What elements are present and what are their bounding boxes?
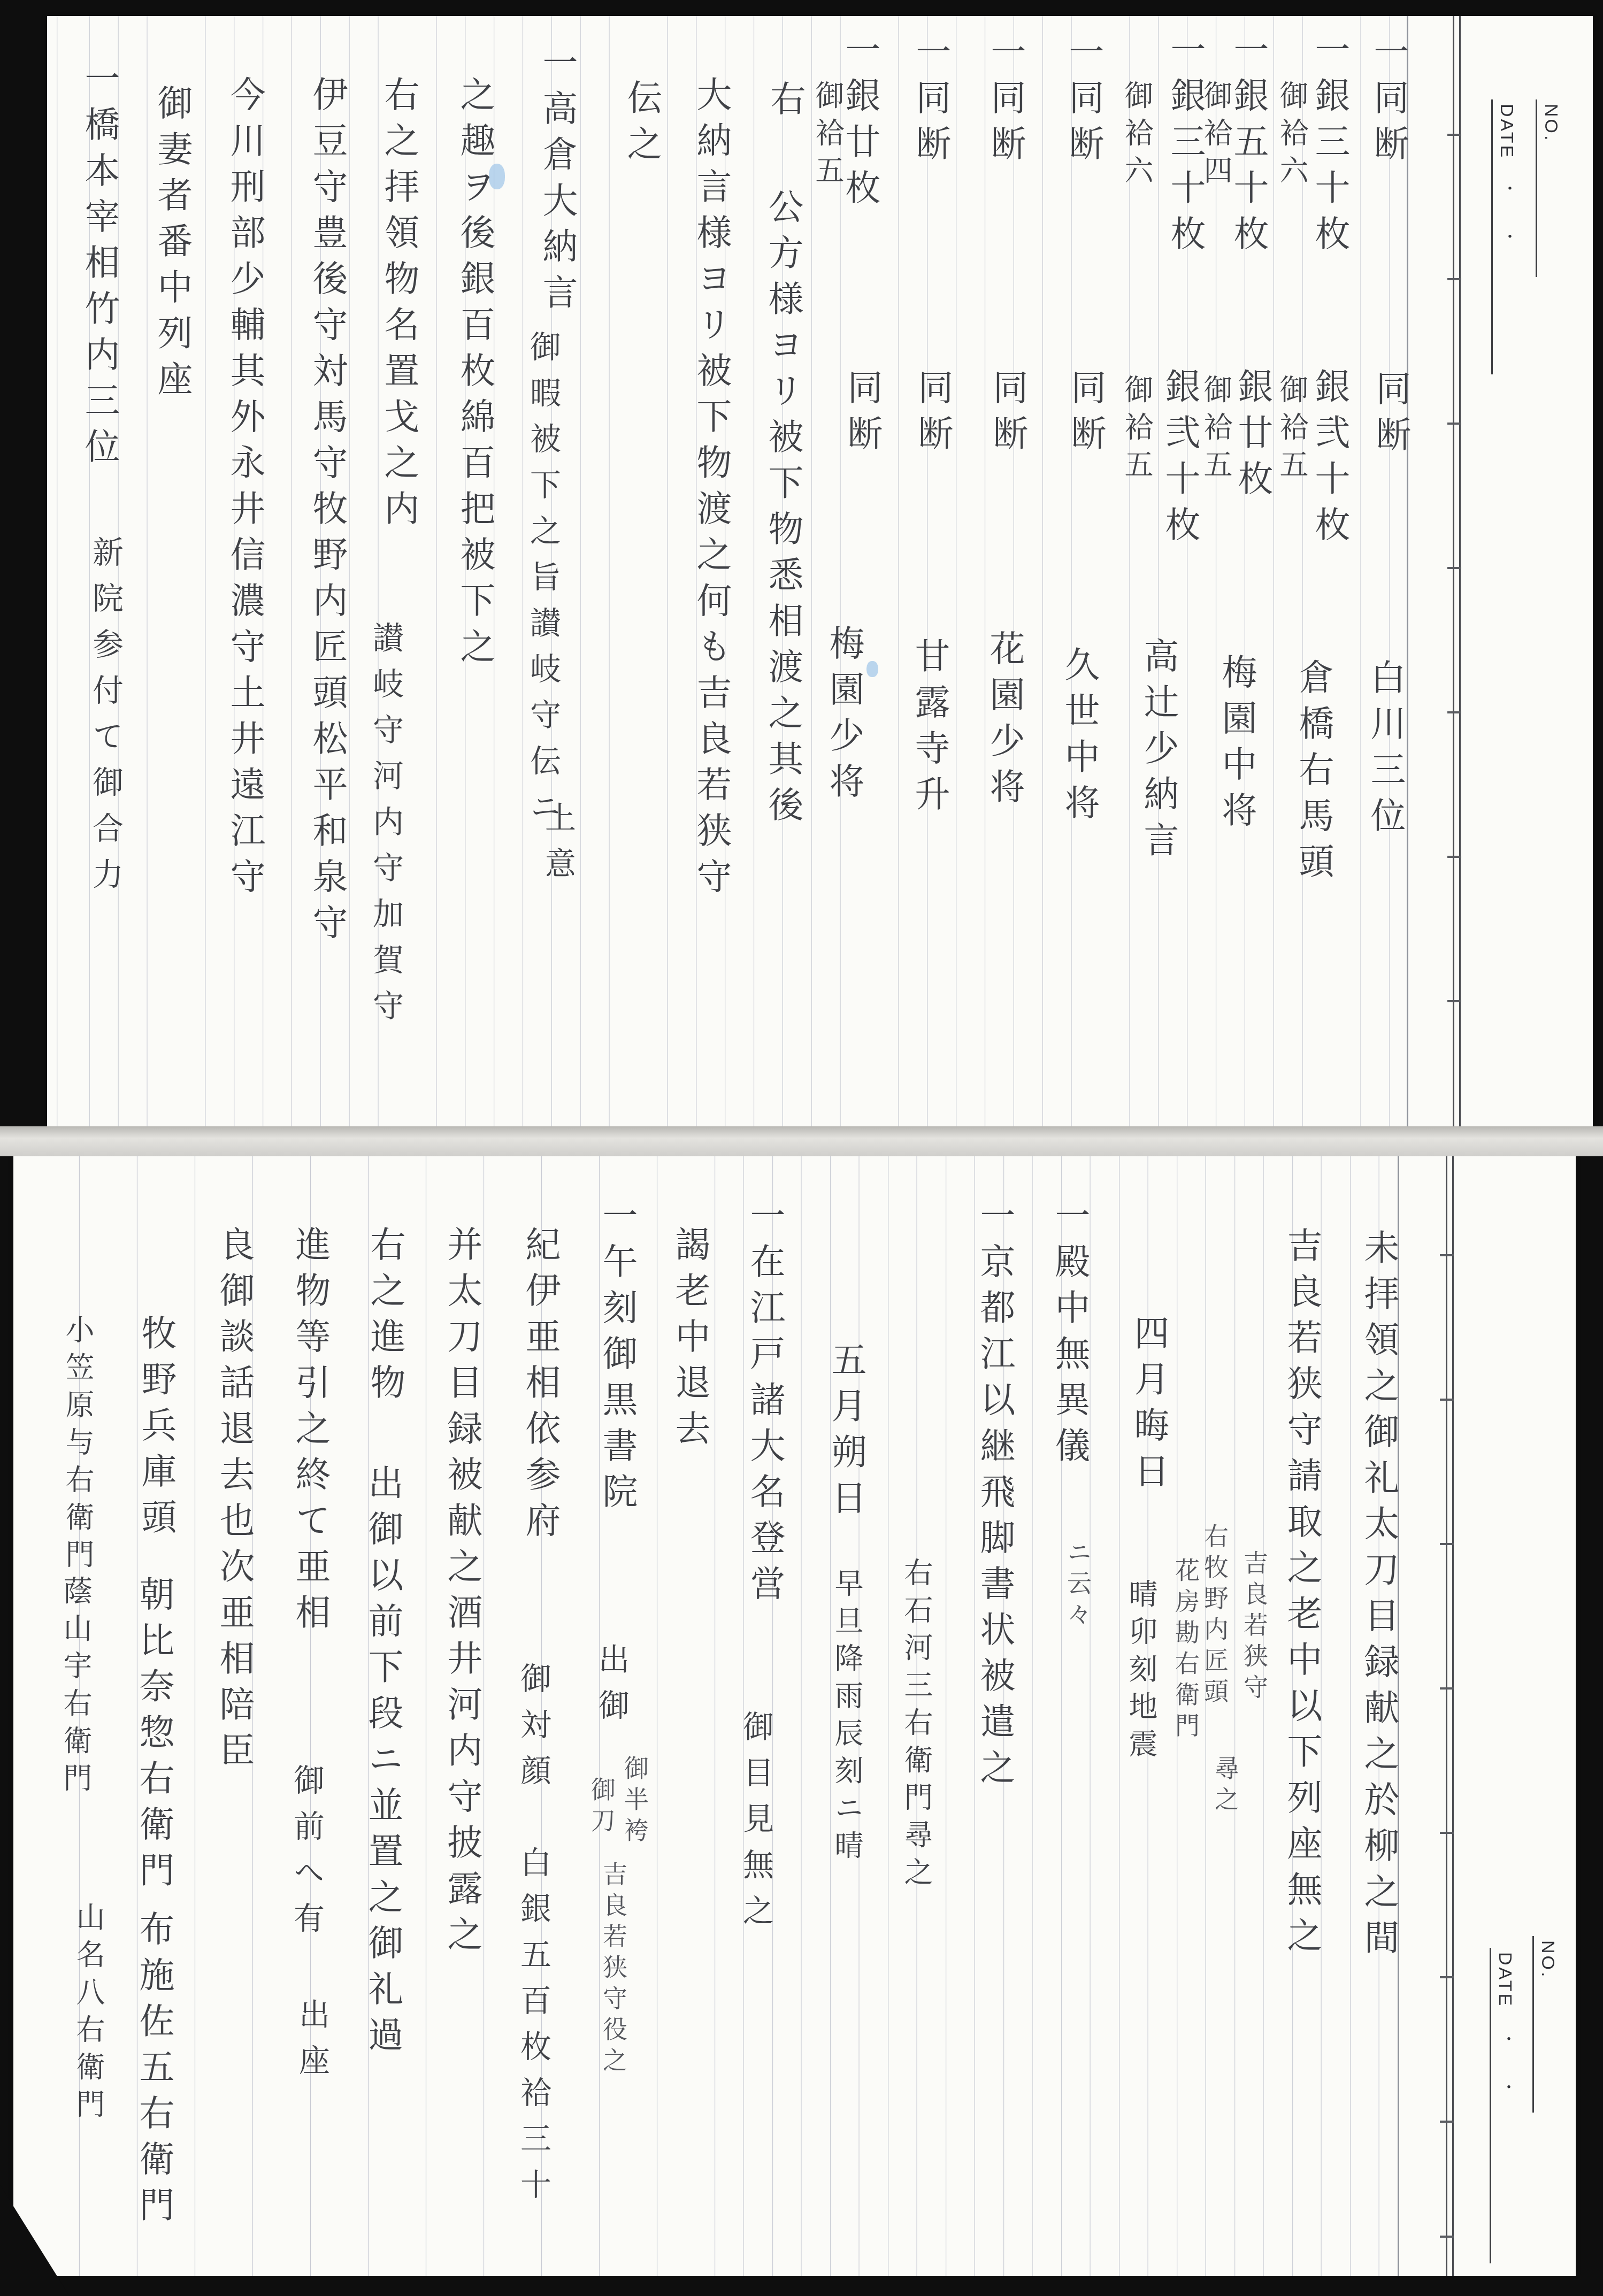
handwriting-text: 甘露寺升 [911, 638, 947, 821]
margin-tick [1447, 856, 1461, 858]
handwriting-text: 新院参付て御合力 [90, 536, 121, 904]
handwriting-text: 久世中将 [1061, 646, 1096, 830]
handwriting-text: 上意 [542, 801, 573, 893]
handwriting-text: 右之進物 [367, 1226, 402, 1410]
handwriting-text: 御半袴 [623, 1755, 647, 1848]
handwriting-text: 牧野兵庫頭 [138, 1315, 173, 1545]
handwriting-text: 御前へ有 [291, 1764, 322, 1948]
handwriting-text: 一銀三十枚 [1167, 31, 1202, 261]
margin-tick [1447, 278, 1461, 280]
handwriting-text: 右牧野内匠頭 [1202, 1523, 1227, 1709]
handwriting-text: 御袷五 [813, 80, 842, 193]
handwriting-text: 右石河三右衛門尋之 [902, 1557, 931, 1894]
handwriting-text: 大納言様ヨリ被下物渡之何も吉良若狭守 [693, 76, 728, 904]
scanned-notebook-spread: { "notebook": { "no_label": "NO.", "date… [0, 0, 1603, 2296]
handwriting-text: 銀弐十枚 [1311, 368, 1347, 552]
handwriting-text: 銀廿枚 [1234, 368, 1270, 506]
handwriting-text: 同断 [990, 369, 1025, 461]
handwriting-text: 山名八右衛門 [74, 1902, 103, 2126]
handwriting-text: 出御 [596, 1643, 627, 1735]
handwriting-text: 一午刻御黒書院 [599, 1197, 634, 1519]
handwriting-text: 紀伊亜相依参府 [522, 1226, 557, 1548]
handwriting-text: 御刀 [589, 1777, 614, 1839]
handwriting-text: 花園少将 [986, 630, 1022, 814]
handwriting-text: 一橋本宰相竹内三位 [81, 60, 117, 474]
margin-tick [1440, 2236, 1454, 2238]
handwriting-text: 四月晦日 [1131, 1315, 1166, 1499]
handwriting-text: 一在江戸諸大名登営 [747, 1197, 782, 1611]
handwriting-text: 公方様ヨリ被下物悉相渡之其後 [765, 188, 800, 832]
margin-tick [1447, 567, 1461, 569]
handwriting-text: 一同断 [1370, 33, 1406, 171]
handwriting-text: 銀弐十枚 [1162, 368, 1197, 552]
margin-tick [1440, 2121, 1454, 2123]
handwriting-text: 御袷六 [1122, 80, 1151, 193]
handwriting-text: 御対顔 [518, 1662, 549, 1800]
handwriting-text: 布施佐五右衛門 [136, 1910, 171, 2232]
margin-tick [1447, 423, 1461, 425]
handwriting-text: 吉良若狭守役之 [601, 1861, 626, 2078]
handwriting-text: 一銀廿枚 [842, 31, 877, 215]
handwriting-text: ニ云々 [1065, 1539, 1090, 1632]
margin-tick [1447, 1000, 1461, 1002]
handwriting-text: 一同断 [912, 33, 948, 171]
handwriting-text: 蔭山宇右衛門 [61, 1576, 90, 1800]
handwriting-text: 倉橋右馬頭 [1295, 659, 1331, 889]
handwriting-text: 伊豆守豊後守対馬守牧野内匠頭松平和泉守 [309, 76, 344, 950]
handwriting-text: 御暇被下之旨讃岐守伝ニ [527, 331, 558, 836]
handwriting-text: 良御談話退去也次亜相陪臣 [216, 1226, 251, 1778]
margin-tick [1440, 1399, 1454, 1401]
handwriting-text: 五月朔日 [828, 1341, 863, 1525]
handwriting-text: 御袷四 [1201, 80, 1230, 193]
margin-tick [1440, 1976, 1454, 1978]
handwriting-text: 御袷五 [1277, 374, 1306, 487]
handwriting-text: 白川三位 [1367, 659, 1402, 843]
margin-tick [1440, 1687, 1454, 1690]
handwriting-text: 白銀五百枚袷三十 [518, 1846, 549, 2214]
handwriting-text: 并太刀目録被献之酒井河内守披露之 [444, 1226, 479, 1962]
handwriting-text: 右之拝領物名置戈之内 [381, 76, 416, 536]
handwriting-text: 未拝領之御礼太刀目録献之於柳之間 [1361, 1229, 1396, 1965]
handwriting-text: 右 [767, 80, 802, 126]
handwriting-text: 小笠原与右衛門 [63, 1315, 92, 1577]
handwriting-text: 御袷五 [1201, 374, 1230, 487]
handwriting-text: 同断 [915, 369, 950, 461]
handwriting-text: 之趣ヲ後銀百枚綿百把被下之 [457, 76, 492, 674]
handwriting-text: 梅園中将 [1218, 654, 1254, 838]
handwriting-text: 晴卯刻地震 [1126, 1579, 1155, 1766]
handwriting-text: 梅園少将 [826, 625, 861, 809]
handwriting-text: 一銀三十枚 [1311, 31, 1347, 261]
handwriting-text: 高辻少納言 [1140, 638, 1176, 867]
margin-tick [1440, 1254, 1454, 1256]
handwriting-text: 尋之 [1213, 1755, 1238, 1817]
handwriting-text: 同断 [1068, 369, 1103, 461]
handwriting-text: 花房勘右衛門 [1174, 1557, 1198, 1744]
handwriting-text: 一同断 [1065, 33, 1101, 171]
handwriting-text: 今川刑部少輔其外永井信濃守土井遠江守 [227, 76, 262, 904]
handwriting-text: 出御以前下段ニ並置之御礼過 [365, 1464, 400, 2062]
margin-tick [1447, 711, 1461, 713]
handwriting-text: 一同断 [987, 33, 1023, 171]
handwriting-text: 謁老中退去 [672, 1226, 707, 1456]
handwriting-text: 同断 [844, 369, 879, 461]
handwriting-text: 一殿中無異儀 [1052, 1197, 1087, 1473]
handwriting-text: 早旦降雨辰刻ニ晴 [832, 1568, 861, 1868]
handwriting-text: 進物等引之終て亜相 [292, 1226, 327, 1640]
handwriting-text: 御目見無之 [740, 1710, 771, 1940]
handwriting-text: 一京都江以継飛脚書状被遣之 [977, 1197, 1012, 1795]
handwriting-text: 吉良若狭守 [1242, 1550, 1267, 1705]
handwriting-text: 吉良若狭守請取之老中以下列座無之 [1284, 1227, 1319, 1963]
handwriting-text: 出座 [296, 1998, 327, 2090]
handwriting-text: 伝之 [624, 79, 659, 171]
margin-tick [1440, 1543, 1454, 1545]
margin-tick [1440, 1832, 1454, 1834]
handwriting-text: 朝比奈惣右衛門 [136, 1576, 171, 1898]
handwriting-layer: 一同断同断白川三位一銀三十枚御袷六銀弐十枚御袷五倉橋右馬頭一銀五十枚御袷四銀廿枚… [0, 0, 1603, 2296]
handwriting-text: 御袷六 [1277, 80, 1306, 193]
handwriting-text: 御妻者番中列座 [154, 85, 189, 406]
margin-tick [1447, 134, 1461, 136]
handwriting-text: 一高倉大納言 [539, 44, 574, 320]
handwriting-text: 一銀五十枚 [1230, 31, 1265, 261]
handwriting-text: 御袷五 [1122, 374, 1151, 487]
handwriting-text: 同断 [1372, 370, 1408, 462]
handwriting-text: 讃岐守河内守加賀守 [370, 621, 401, 1035]
